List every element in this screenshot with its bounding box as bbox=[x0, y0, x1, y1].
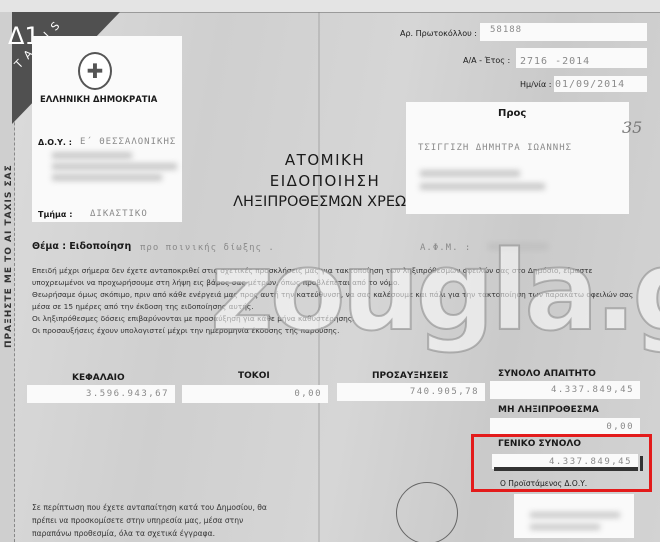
doy-label: Δ.Ο.Υ. : bbox=[38, 138, 72, 147]
redacted-recipient-address-2 bbox=[420, 183, 545, 190]
title-line-3: ΛΗΞΙΠΡΟΘΕΣΜΩΝ ΧΡΕΩΝ bbox=[225, 192, 425, 213]
interest-value: 0,00 bbox=[294, 389, 322, 399]
tax-notice-document: ΠΡΑΞΗΣΤΕ ΜΕ ΤΟ ΑΙ ΤΑΧΙS ΣΑΣ Δ1 TAXIS ✚ Ε… bbox=[0, 0, 660, 542]
redacted-signature-2 bbox=[530, 524, 600, 530]
subject-label: Θέμα : Ειδοποίηση bbox=[32, 241, 131, 252]
recipient-heading: Προς bbox=[498, 108, 526, 119]
principal-label: ΚΕΦΑΛΑΙΟ bbox=[72, 373, 125, 383]
document-title: ΑΤΟΜΙΚΗ ΕΙΔΟΠΟΙΗΣΗ ΛΗΞΙΠΡΟΘΕΣΜΩΝ ΧΡΕΩΝ bbox=[225, 150, 425, 213]
stamp-circle bbox=[396, 482, 458, 542]
redacted-address-1 bbox=[52, 152, 132, 159]
redacted-signature-1 bbox=[530, 512, 620, 518]
surcharges-field: 740.905,78 bbox=[337, 383, 485, 401]
not-overdue-label: ΜΗ ΛΗΞΙΠΡΟΘΕΣΜΑ bbox=[498, 405, 599, 415]
footnote-line: παραπάνω προθεσμία, όλα τα σχετικά έγγρα… bbox=[32, 527, 267, 540]
title-line-2: ΕΙΔΟΠΟΙΗΣΗ bbox=[225, 171, 425, 192]
redacted-address-2 bbox=[52, 163, 177, 170]
date-value: 01/09/2014 bbox=[555, 79, 625, 90]
redacted-recipient-address-1 bbox=[420, 170, 520, 177]
watermark: zougla.gr bbox=[210, 236, 660, 346]
protocol-value: 58188 bbox=[490, 25, 522, 35]
recipient-name: ΤΣΙΓΓΙΖΗ ΔΗΜΗΤΡΑ ΙΩΑΝΝΗΣ bbox=[418, 143, 572, 153]
footnote-line: πρέπει να προσκομίσετε στην υπηρεσία μας… bbox=[32, 514, 267, 527]
aa-year-label: Α/Α - Έτος : bbox=[463, 56, 510, 65]
greek-coat-of-arms-icon: ✚ bbox=[78, 52, 112, 90]
department-value: ΔΙΚΑΣΤΙΚΟ bbox=[90, 209, 148, 219]
principal-field: 3.596.943,67 bbox=[27, 385, 175, 403]
date-label: Ημ/νία : bbox=[520, 80, 552, 89]
redacted-address-3 bbox=[52, 174, 162, 181]
not-overdue-value: 0,00 bbox=[606, 422, 634, 432]
footnote: Σε περίπτωση που έχετε ανταπαίτηση κατά … bbox=[32, 501, 267, 540]
protocol-label: Αρ. Πρωτοκόλλου : bbox=[400, 29, 477, 38]
principal-value: 3.596.943,67 bbox=[86, 389, 169, 399]
title-line-1: ΑΤΟΜΙΚΗ bbox=[225, 150, 425, 171]
aa-year-value: 2716 -2014 bbox=[520, 56, 590, 67]
doy-value: Ε΄ ΘΕΣΣΑΛΟΝΙΚΗΣ bbox=[80, 137, 176, 147]
handwritten-note: 35 bbox=[622, 118, 642, 137]
highlight-frame bbox=[471, 434, 652, 492]
footnote-line: Σε περίπτωση που έχετε ανταπαίτηση κατά … bbox=[32, 501, 267, 514]
total-due-field: 4.337.849,45 bbox=[490, 381, 640, 399]
surcharges-label: ΠΡΟΣΑΥΞΗΣΕΙΣ bbox=[372, 371, 448, 381]
total-due-label: ΣΥΝΟΛΟ ΑΠΑΙΤΗΤΟ bbox=[498, 369, 596, 379]
interest-field: 0,00 bbox=[182, 385, 328, 403]
total-due-value: 4.337.849,45 bbox=[551, 385, 634, 395]
department-label: Τμήμα : bbox=[38, 210, 72, 219]
surcharges-value: 740.905,78 bbox=[410, 387, 479, 397]
interest-label: ΤΟΚΟΙ bbox=[238, 371, 270, 381]
